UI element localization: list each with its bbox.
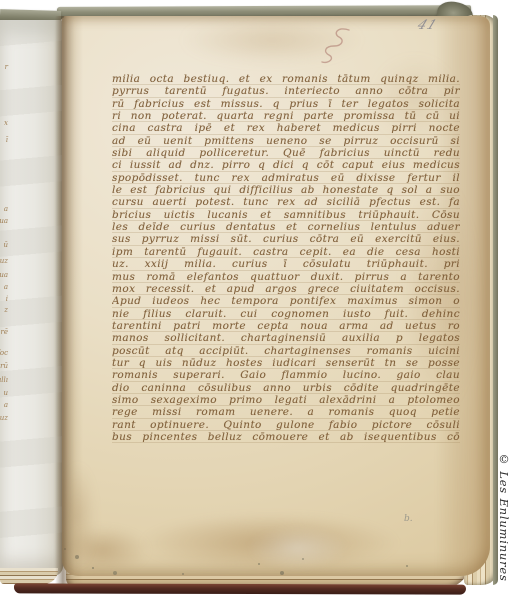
line-end-fragment: i: [6, 296, 8, 303]
line-end-fragment: a: [4, 206, 8, 213]
manuscript-text-block: milia octa bestiuq. et ex romanis tātum …: [112, 73, 460, 443]
gutter-stain: [62, 446, 100, 576]
manuscript-text-line: uz. xxiij milia. curius ī cōsulatu triūp…: [112, 258, 460, 270]
manuscript-text-line: pyrrus tarentū fugatus. interiecto anno …: [112, 85, 460, 97]
manuscript-text-line: bus pincentes belluz cōmouere et ab iseq…: [112, 431, 460, 443]
bottom-light-smudge: [230, 519, 365, 576]
line-end-fragment: mbrē: [0, 329, 8, 336]
manuscript-text-line: mox recessit. et apud argos grece ciuita…: [112, 283, 460, 295]
manuscript-text-line: ri non poterat. quarta regni parte promi…: [112, 110, 460, 122]
line-end-fragment: ī: [6, 137, 8, 144]
manuscript-text-line: Apud iudeos hec tempora pontifex maximus…: [112, 295, 460, 307]
copyright-watermark: © Les Enluminures: [497, 452, 511, 600]
line-end-fragment: a: [4, 402, 8, 409]
manuscript-text-line: mus romā elefantos quattuor duxit. pirru…: [112, 271, 460, 283]
facing-page-leaf-edges: [0, 568, 58, 584]
manuscript-text-line: manos sollicitant. chartaginensiū auxili…: [112, 332, 460, 344]
bottom-water-stain: [97, 504, 442, 576]
line-end-fragment: rū: [0, 363, 8, 370]
manuscript-text-line: sus pyrruz missi sūt. curius cōtra eū ex…: [112, 233, 460, 245]
bottom-left-stain: [62, 519, 165, 576]
manuscript-text-line: le est fabricius qui difficilius ab hone…: [112, 184, 460, 196]
manuscript-text-line: milia octa bestiuq. et ex romanis tātum …: [112, 73, 460, 85]
facing-verso-page: rxīauaūuzuaaizmbrēſocrūıllıuauz: [0, 20, 63, 576]
mold-speckles: [62, 16, 64, 18]
pencil-annotation: b.: [404, 514, 413, 524]
line-end-fragment: ſoc: [0, 350, 8, 357]
manuscript-text-line: rū fabricius est missus. q prius ī ter l…: [112, 98, 460, 110]
manuscript-text-line: romanis superari. Gaio flammio lucino. g…: [112, 369, 460, 381]
manuscript-text-line: tarentini patri morte cepta noua arma ad…: [112, 320, 460, 332]
line-end-fragment: x: [4, 120, 8, 127]
manuscript-text-line: ci iussit ad dnz. pirro q dici q cōt cap…: [112, 159, 460, 171]
parchment-sheen: [0, 20, 63, 576]
manuscript-text-line: dio caninna cōsulibus anno urbis cōdite …: [112, 382, 460, 394]
ink-squiggle-mark: [315, 24, 361, 68]
book-tail-binding-edge: [14, 583, 466, 594]
manuscript-recto-page: 41 milia octa bestiuq. et ex romanis tāt…: [62, 16, 490, 576]
manuscript-text-line: rant optinuere. Quinto gulone fabio pict…: [112, 419, 460, 431]
manuscript-text-line: nie filius claruit. cui cognomen iusto f…: [112, 308, 460, 320]
line-end-fragment: uz: [0, 258, 8, 265]
line-end-fragment: uz: [0, 415, 8, 422]
manuscript-photo: rxīauaūuzuaaizmbrēſocrūıllıuauz 41 milia…: [0, 0, 528, 600]
manuscript-text-line: simo sexageximo primo legati alexādrini …: [112, 394, 460, 406]
line-end-fragment: ua: [0, 218, 8, 225]
manuscript-text-line: rege missi romam uenere. a romanis quoq …: [112, 406, 460, 418]
line-end-fragment: a: [4, 284, 8, 291]
line-end-fragment: z: [4, 307, 8, 314]
line-end-fragment: r: [5, 64, 8, 71]
manuscript-text-line: cina castra ipē et rex haberet medicus p…: [112, 122, 460, 134]
manuscript-text-line: poscūt atq accipiūt. chartaginenses roma…: [112, 345, 460, 357]
manuscript-text-line: ipm tarentū fugauit. castra cepit. ea di…: [112, 246, 460, 258]
manuscript-text-line: cursu auerti potest. tunc rex ad siciliā…: [112, 196, 460, 208]
manuscript-text-line: ad eū uenit pmittens ueneno se pirruz oc…: [112, 135, 460, 147]
manuscript-text-line: les deīde curius dentatus et cornelius l…: [112, 221, 460, 233]
line-end-fragment: ıllı: [0, 377, 8, 384]
manuscript-text-line: sibi aliquid polliceretur. Quē fabricius…: [112, 147, 460, 159]
manuscript-text-line: spopōdisset. tunc rex admiratus eū dixis…: [112, 172, 460, 184]
line-end-fragment: ua: [0, 272, 8, 279]
manuscript-text-line: tur q uis nūduz hostes iudicari senserūt…: [112, 357, 460, 369]
manuscript-text-line: bricius uictis lucanis et samnitibus tri…: [112, 209, 460, 221]
line-end-fragment: u: [3, 390, 8, 397]
folio-number: 41: [415, 18, 440, 33]
line-end-fragment: ū: [3, 242, 8, 249]
